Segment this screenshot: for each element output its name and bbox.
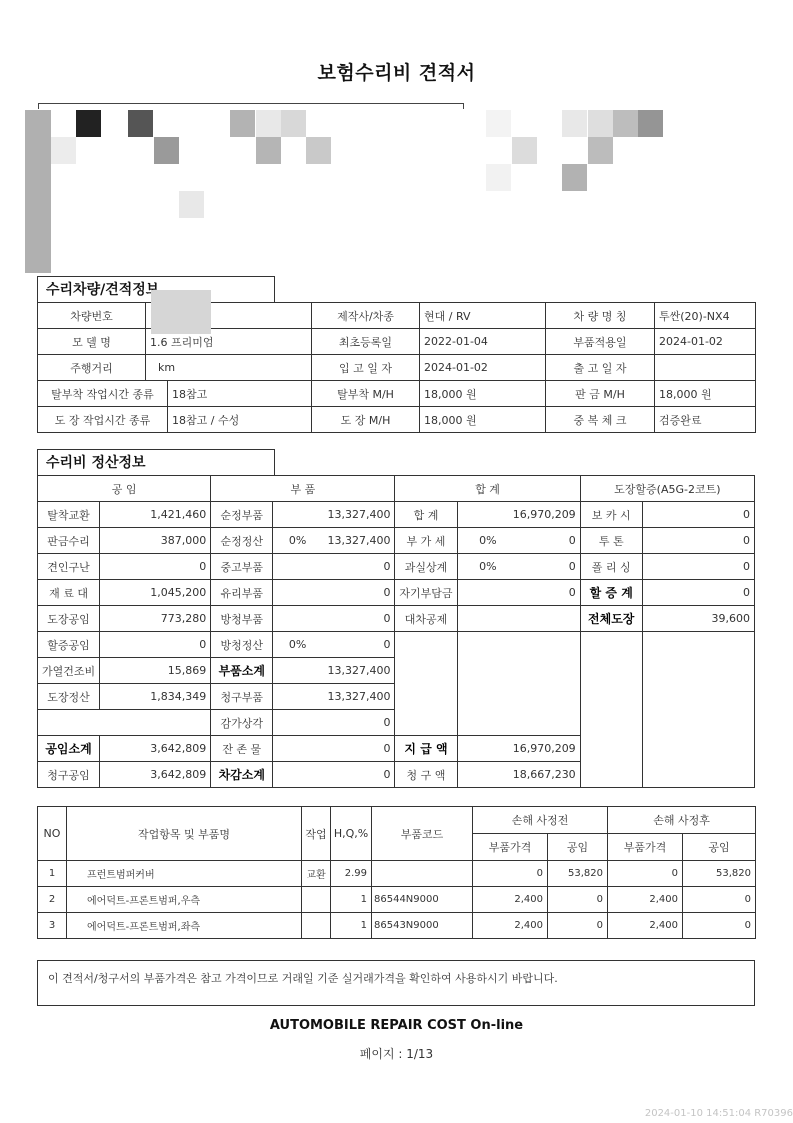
label-plate: 차량번호 [38, 303, 146, 329]
item-after-parts: 0 [608, 861, 683, 887]
redacted-plate [151, 290, 211, 334]
claim-amount-label: 청 구 액 [395, 762, 457, 788]
total-label: 합 계 [395, 502, 457, 528]
payment-amount-label: 지 급 액 [395, 736, 457, 762]
value-paint-mh: 18,000 원 [420, 407, 546, 433]
item-no: 1 [38, 861, 67, 887]
item-name: 프런트범퍼커버 [67, 861, 302, 887]
redacted-block [25, 110, 51, 273]
total-label: 부 가 세 [395, 528, 457, 554]
parts-value: 0 [322, 632, 395, 658]
paint-label: 보 카 시 [580, 502, 642, 528]
value-maker: 현대 / RV [420, 303, 546, 329]
empty-cell [395, 632, 457, 736]
header-after-assessment: 손해 사정후 [608, 807, 756, 834]
item-no: 3 [38, 913, 67, 939]
labor-value: 1,421,460 [100, 502, 211, 528]
labor-value: 1,045,200 [100, 580, 211, 606]
labor-value: 1,834,349 [100, 684, 211, 710]
header-parts: 부 품 [211, 476, 395, 502]
value-removal-worktime: 18참고 [168, 381, 312, 407]
parts-value: 13,327,400 [273, 658, 395, 684]
header-before-parts-price: 부품가격 [473, 834, 548, 861]
total-value: 0 [518, 528, 580, 554]
parts-label: 방청정산 [211, 632, 273, 658]
header-no: NO [38, 807, 67, 861]
header-work: 작업 [302, 807, 331, 861]
item-work: 교환 [302, 861, 331, 887]
labor-value: 773,280 [100, 606, 211, 632]
labor-label: 도장공임 [38, 606, 100, 632]
total-label: 대차공제 [395, 606, 457, 632]
value-vehicle-name: 투싼(20)-NX4 [655, 303, 756, 329]
label-removal-mh: 탈부착 M/H [312, 381, 420, 407]
total-pct: 0% [457, 554, 518, 580]
header-total: 합 계 [395, 476, 580, 502]
item-hq: 1 [331, 887, 372, 913]
labor-value: 3,642,809 [100, 736, 211, 762]
paint-label: 전체도장 [580, 606, 642, 632]
vehicle-row: 도 장 작업시간 종류 18참고 / 수성 도 장 M/H 18,000 원 중… [38, 407, 756, 433]
total-value: 0 [518, 554, 580, 580]
labor-label: 탈착교환 [38, 502, 100, 528]
label-sheetmetal-mh: 판 금 M/H [546, 381, 655, 407]
vehicle-row: 주행거리 km 입 고 일 자 2024-01-02 출 고 일 자 [38, 355, 756, 381]
labor-label: 공임소계 [38, 736, 100, 762]
parts-label: 중고부품 [211, 554, 273, 580]
header-part-code: 부품코드 [372, 807, 473, 861]
value-duplicate-check: 검증완료 [655, 407, 756, 433]
paint-label: 폴 리 싱 [580, 554, 642, 580]
value-mileage: km [146, 355, 312, 381]
settlement-row: 견인구난 0 중고부품 0 과실상계 0% 0 폴 리 싱 0 [38, 554, 755, 580]
vehicle-row: 모 델 명 1.6 프리미엄 최초등록일 2022-01-04 부품적용일 20… [38, 329, 756, 355]
labor-label: 판금수리 [38, 528, 100, 554]
item-before-parts: 2,400 [473, 913, 548, 939]
parts-value: 0 [273, 762, 395, 788]
labor-value: 15,869 [100, 658, 211, 684]
empty-cell [642, 632, 754, 788]
empty-cell [38, 710, 211, 736]
parts-value: 0 [273, 606, 395, 632]
settlement-row: 재 료 대 1,045,200 유리부품 0 자기부담금 0 할 증 계 0 [38, 580, 755, 606]
parts-value: 13,327,400 [322, 528, 395, 554]
table-row: 3 에어덕트-프론트범퍼,좌측 1 86543N9000 2,400 0 2,4… [38, 913, 756, 939]
parts-value: 0 [273, 736, 395, 762]
parts-value: 0 [273, 554, 395, 580]
total-pct: 0% [457, 528, 518, 554]
label-paint-mh: 도 장 M/H [312, 407, 420, 433]
value-parts-date: 2024-01-02 [655, 329, 756, 355]
labor-value: 387,000 [100, 528, 211, 554]
parts-value: 13,327,400 [273, 684, 395, 710]
labor-label: 견인구난 [38, 554, 100, 580]
paint-value: 0 [642, 502, 754, 528]
parts-pct: 0% [273, 528, 322, 554]
settlement-row: 할증공임 0 방청정산 0% 0 [38, 632, 755, 658]
item-before-labor: 0 [548, 887, 608, 913]
item-before-labor: 53,820 [548, 861, 608, 887]
item-name: 에어덕트-프론트범퍼,우측 [67, 887, 302, 913]
value-paint-worktime: 18참고 / 수성 [168, 407, 312, 433]
item-before-parts: 0 [473, 861, 548, 887]
total-value: 16,970,209 [457, 502, 580, 528]
settlement-row: 판금수리 387,000 순정정산 0% 13,327,400 부 가 세 0%… [38, 528, 755, 554]
labor-label: 도장정산 [38, 684, 100, 710]
item-name: 에어덕트-프론트범퍼,좌측 [67, 913, 302, 939]
label-mileage: 주행거리 [38, 355, 146, 381]
item-after-parts: 2,400 [608, 887, 683, 913]
item-before-parts: 2,400 [473, 887, 548, 913]
label-duplicate-check: 중 복 체 크 [546, 407, 655, 433]
labor-value: 0 [100, 554, 211, 580]
settlement-section-title: 수리비 정산정보 [37, 449, 275, 475]
item-after-parts: 2,400 [608, 913, 683, 939]
total-value [457, 606, 580, 632]
header-paint-surcharge: 도장할증(A5G-2코트) [580, 476, 754, 502]
total-label: 과실상계 [395, 554, 457, 580]
parts-label: 순정정산 [211, 528, 273, 554]
item-code: 86544N9000 [372, 887, 473, 913]
page-number: 페이지 : 1/13 [0, 1045, 793, 1062]
value-removal-mh: 18,000 원 [420, 381, 546, 407]
parts-label: 유리부품 [211, 580, 273, 606]
label-parts-date: 부품적용일 [546, 329, 655, 355]
vehicle-row: 탈부착 작업시간 종류 18참고 탈부착 M/H 18,000 원 판 금 M/… [38, 381, 756, 407]
label-intake-date: 입 고 일 자 [312, 355, 420, 381]
item-work [302, 887, 331, 913]
paint-label: 투 톤 [580, 528, 642, 554]
parts-label: 청구부품 [211, 684, 273, 710]
value-release-date [655, 355, 756, 381]
header-after-parts-price: 부품가격 [608, 834, 683, 861]
item-before-labor: 0 [548, 913, 608, 939]
settlement-row: 도장공임 773,280 방청부품 0 대차공제 전체도장 39,600 [38, 606, 755, 632]
settlement-row: 탈착교환 1,421,460 순정부품 13,327,400 합 계 16,97… [38, 502, 755, 528]
labor-value: 0 [100, 632, 211, 658]
total-value: 0 [457, 580, 580, 606]
labor-label: 청구공임 [38, 762, 100, 788]
parts-label: 방청부품 [211, 606, 273, 632]
parts-label: 순정부품 [211, 502, 273, 528]
labor-value: 3,642,809 [100, 762, 211, 788]
value-sheetmetal-mh: 18,000 원 [655, 381, 756, 407]
label-maker: 제작사/차종 [312, 303, 420, 329]
brand-footer: AUTOMOBILE REPAIR COST On-line [0, 1018, 793, 1033]
label-release-date: 출 고 일 자 [546, 355, 655, 381]
label-removal-worktime: 탈부착 작업시간 종류 [38, 381, 168, 407]
labor-label: 가열건조비 [38, 658, 100, 684]
item-work [302, 913, 331, 939]
value-first-registration: 2022-01-04 [420, 329, 546, 355]
parts-value: 0 [273, 710, 395, 736]
paint-value: 0 [642, 528, 754, 554]
label-first-registration: 최초등록일 [312, 329, 420, 355]
parts-label: 감가상각 [211, 710, 273, 736]
claim-amount-value: 18,667,230 [457, 762, 580, 788]
item-no: 2 [38, 887, 67, 913]
item-code [372, 861, 473, 887]
price-notice: 이 견적서/청구서의 부품가격은 참고 가격이므로 거래일 기준 실거래가격을 … [37, 960, 755, 1006]
labor-label: 재 료 대 [38, 580, 100, 606]
vehicle-info-table: 차량번호 제작사/차종 현대 / RV 차 량 명 칭 투싼(20)-NX4 모… [37, 302, 756, 433]
items-table: NO 작업항목 및 부품명 작업 H,Q,% 부품코드 손해 사정전 손해 사정… [37, 806, 756, 939]
parts-value: 0 [273, 580, 395, 606]
table-row: 1 프런트범퍼커버 교환 2.99 0 53,820 0 53,820 [38, 861, 756, 887]
header-labor: 공 임 [38, 476, 211, 502]
header-hq: H,Q,% [331, 807, 372, 861]
empty-cell [457, 632, 580, 736]
header-before-labor: 공임 [548, 834, 608, 861]
item-hq: 1 [331, 913, 372, 939]
label-vehicle-name: 차 량 명 칭 [546, 303, 655, 329]
parts-label: 부품소계 [211, 658, 273, 684]
parts-value: 13,327,400 [273, 502, 395, 528]
settlement-header-row: 공 임 부 품 합 계 도장할증(A5G-2코트) [38, 476, 755, 502]
items-header-row: NO 작업항목 및 부품명 작업 H,Q,% 부품코드 손해 사정전 손해 사정… [38, 807, 756, 834]
item-after-labor: 0 [683, 913, 756, 939]
item-code: 86543N9000 [372, 913, 473, 939]
paint-label: 할 증 계 [580, 580, 642, 606]
total-label: 자기부담금 [395, 580, 457, 606]
header-item-name: 작업항목 및 부품명 [67, 807, 302, 861]
vehicle-row: 차량번호 제작사/차종 현대 / RV 차 량 명 칭 투싼(20)-NX4 [38, 303, 756, 329]
print-timestamp: 2024-01-10 14:51:04 R70396 [645, 1108, 793, 1119]
item-after-labor: 53,820 [683, 861, 756, 887]
redacted-frame [38, 103, 464, 109]
settlement-table: 공 임 부 품 합 계 도장할증(A5G-2코트) 탈착교환 1,421,460… [37, 475, 755, 788]
payment-amount-value: 16,970,209 [457, 736, 580, 762]
label-paint-worktime: 도 장 작업시간 종류 [38, 407, 168, 433]
document-title: 보험수리비 견적서 [0, 58, 793, 85]
empty-cell [580, 632, 642, 788]
label-model: 모 델 명 [38, 329, 146, 355]
item-after-labor: 0 [683, 887, 756, 913]
header-before-assessment: 손해 사정전 [473, 807, 608, 834]
paint-value: 0 [642, 580, 754, 606]
parts-pct: 0% [273, 632, 322, 658]
item-hq: 2.99 [331, 861, 372, 887]
value-intake-date: 2024-01-02 [420, 355, 546, 381]
paint-value: 0 [642, 554, 754, 580]
parts-label: 차감소계 [211, 762, 273, 788]
table-row: 2 에어덕트-프론트범퍼,우측 1 86544N9000 2,400 0 2,4… [38, 887, 756, 913]
labor-label: 할증공임 [38, 632, 100, 658]
header-after-labor: 공임 [683, 834, 756, 861]
paint-value: 39,600 [642, 606, 754, 632]
parts-label: 잔 존 물 [211, 736, 273, 762]
